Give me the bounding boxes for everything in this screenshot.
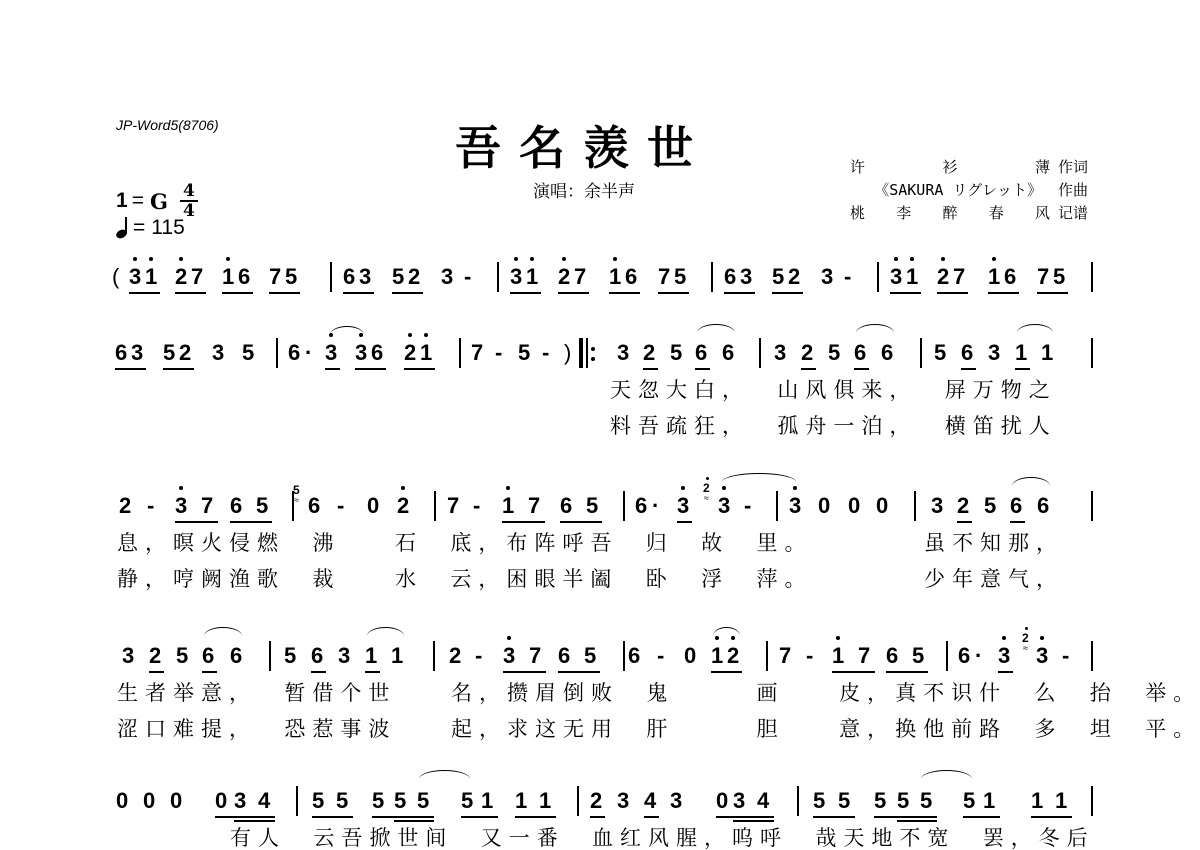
note: 6 [635, 493, 647, 519]
dash-extension: - [657, 643, 664, 669]
time-numerator: 4 [183, 183, 195, 199]
note: 5 [838, 788, 850, 814]
note: 0 [367, 493, 379, 519]
eighth-underline [404, 368, 435, 370]
eighth-underline [890, 292, 921, 294]
note: 0 [143, 788, 155, 814]
lyric-line: 有人 云吾掀世间 又一番 血红风腥，呜呼 哉天地不宽 罢，冬后 [230, 822, 1095, 850]
eighth-underline [1010, 521, 1025, 523]
dash-extension: - [542, 340, 549, 366]
transcriber-name: 桃李醉春风 [850, 202, 1050, 225]
high-octave-dot [530, 257, 534, 261]
eighth-underline [998, 671, 1013, 673]
note: 5 [584, 643, 596, 669]
dash-extension: - [337, 493, 344, 519]
note: 6 [238, 264, 250, 290]
note: 6 [1037, 493, 1049, 519]
slur-arc [921, 770, 972, 779]
note: 6 [1004, 264, 1016, 290]
eighth-underline [957, 521, 972, 523]
barline [459, 338, 461, 368]
barline [1091, 786, 1093, 816]
note: 6 [343, 264, 355, 290]
note: 6 [1010, 493, 1022, 519]
note: 3 [1036, 643, 1048, 669]
note: 5 [518, 340, 530, 366]
note: 5 [312, 788, 324, 814]
note: 1 [832, 643, 844, 669]
high-octave-dot [1002, 636, 1006, 640]
eighth-underline [269, 292, 300, 294]
composer-role: 作曲 [1058, 179, 1088, 202]
eighth-underline [365, 671, 380, 673]
eighth-underline [801, 368, 816, 370]
note: 6 [288, 340, 300, 366]
eighth-underline [355, 368, 386, 370]
score-row: 0000345555551112343034555555111有人 云吾掀世间 … [112, 782, 1090, 822]
grace-note: 5≈ [293, 483, 300, 497]
high-octave-dot [179, 486, 183, 490]
slur-arc [722, 473, 796, 482]
note: 6 [371, 340, 383, 366]
barline [433, 641, 435, 671]
credit-char: 醉 [942, 202, 957, 225]
note: · [305, 340, 312, 366]
eighth-underline [202, 671, 217, 673]
note: 3 [355, 340, 367, 366]
note: 3 [617, 788, 629, 814]
note: 3 [510, 264, 522, 290]
note: 1 [481, 788, 493, 814]
note: 5 [336, 788, 348, 814]
note: 6 [625, 264, 637, 290]
note: 3 [325, 340, 337, 366]
note: 5 [176, 643, 188, 669]
note: 5 [984, 493, 996, 519]
key-signature: 1 = G 4 4 [116, 183, 198, 219]
high-octave-dot [514, 257, 518, 261]
note: 6 [695, 340, 707, 366]
note: 5 [417, 788, 429, 814]
lyricist-name: 许衫薄 [850, 156, 1050, 179]
note: 3 [359, 264, 371, 290]
lyricist-credit: 许衫薄 作词 [850, 156, 1088, 179]
note: 7 [658, 264, 670, 290]
note: 2 [590, 788, 602, 814]
note: 5 [284, 643, 296, 669]
high-octave-dot [731, 636, 735, 640]
barline [269, 641, 271, 671]
dash-extension: - [1062, 643, 1069, 669]
barline [497, 262, 499, 292]
barline [776, 491, 778, 521]
eighth-underline [510, 292, 541, 294]
key-tonic: G [150, 189, 168, 214]
note: 1 [988, 264, 1000, 290]
dash-extension: - [147, 493, 154, 519]
note: 7 [528, 493, 540, 519]
credit-char: 春 [989, 202, 1004, 225]
dash-extension: - [495, 340, 502, 366]
key-equals: = [132, 189, 144, 213]
high-octave-dot [133, 257, 137, 261]
note: 7 [269, 264, 281, 290]
note: 6 [308, 493, 320, 519]
note: 5 [163, 340, 175, 366]
barline [623, 491, 625, 521]
note: 7 [529, 643, 541, 669]
eighth-underline [558, 292, 589, 294]
eighth-underline [372, 816, 434, 818]
eighth-underline [832, 671, 875, 673]
lyric-line: 生者举意， 暂借个世 名，攒眉倒败 鬼 画 皮，真不识什 么 抬 举。 [117, 677, 1200, 707]
note: 3 [718, 493, 730, 519]
note: 5 [897, 788, 909, 814]
note: 5 [963, 788, 975, 814]
note: 2 [449, 643, 461, 669]
dash-extension: - [473, 493, 480, 519]
note: 1 [609, 264, 621, 290]
eighth-underline [813, 816, 855, 818]
eighth-underline [175, 292, 206, 294]
note: 0 [848, 493, 860, 519]
eighth-underline [1037, 292, 1068, 294]
score-row: 32566563112-37656-0127-17656·33-2≈生者举意， … [112, 637, 1090, 677]
slur-arc [1012, 477, 1050, 486]
note: 5 [586, 493, 598, 519]
note: · [975, 643, 982, 669]
eighth-underline [343, 292, 374, 294]
slur-arc [367, 627, 404, 636]
barline [296, 786, 298, 816]
note: 6 [886, 643, 898, 669]
note: 1 [1041, 340, 1053, 366]
note: 6 [881, 340, 893, 366]
note: 2 [119, 493, 131, 519]
eighth-underline [175, 521, 218, 523]
note: 2 [397, 493, 409, 519]
eighth-underline [230, 521, 272, 523]
high-octave-dot [793, 486, 797, 490]
note: 0 [116, 788, 128, 814]
note: 5 [372, 788, 384, 814]
barline [946, 641, 948, 671]
eighth-underline [311, 671, 326, 673]
note: 2 [558, 264, 570, 290]
barline [1091, 641, 1093, 671]
note: 2 [408, 264, 420, 290]
lyric-line: 静，哼阙渔歌 裁 水 云，困眼半阖 卧 浮 萍。 [117, 563, 812, 593]
high-octave-dot [401, 486, 405, 490]
note: 3 [338, 643, 350, 669]
high-octave-dot [507, 636, 511, 640]
note: 4 [757, 788, 769, 814]
slur-arc [697, 324, 735, 333]
lyric-line: 天忽大白， 山风俱来， 屏万物之 [610, 374, 1057, 404]
note: 3 [441, 264, 453, 290]
eighth-underline [658, 292, 689, 294]
note: 6 [560, 493, 572, 519]
eighth-underline [643, 368, 658, 370]
high-octave-dot [1040, 636, 1044, 640]
eighth-underline [886, 671, 928, 673]
composer-credit: 《SAKURA リグレット》 作曲 [850, 179, 1088, 202]
note: 4 [644, 788, 656, 814]
barline [623, 641, 625, 671]
note: 7 [574, 264, 586, 290]
eighth-underline [772, 292, 803, 294]
note: 3 [677, 493, 689, 519]
quarter-note-icon [116, 217, 128, 239]
note: 6 [854, 340, 866, 366]
note: 3 [998, 643, 1010, 669]
eighth-underline [325, 368, 340, 370]
note: 7 [447, 493, 459, 519]
lyric-line: 涩口难提， 恐惹事波 起，求这无用 肝 胆 意，换他前路 多 坦 平。 [117, 713, 1200, 743]
eighth-underline [937, 292, 968, 294]
slur-arc [204, 627, 242, 636]
note: 1 [539, 788, 551, 814]
note: 5 [934, 340, 946, 366]
singer-credit: 演唱：余半声 [533, 177, 635, 202]
lyric-line: 料吾疏狂， 孤舟一泊， 横笛扰人 [610, 410, 1057, 440]
note: 5 [874, 788, 886, 814]
note: 1 [983, 788, 995, 814]
note: 6 [724, 264, 736, 290]
transcriber-role: 记谱 [1058, 202, 1088, 225]
note: 3 [774, 340, 786, 366]
note: 3 [129, 264, 141, 290]
note: 2 [179, 340, 191, 366]
note: 0 [818, 493, 830, 519]
transcriber-credit: 桃李醉春风 记谱 [850, 202, 1088, 225]
note: 1 [222, 264, 234, 290]
barline [330, 262, 332, 292]
note: 6 [202, 643, 214, 669]
eighth-underline [163, 368, 194, 370]
eighth-underline [590, 816, 605, 818]
note: 2 [404, 340, 416, 366]
tempo-marking: = 115 [116, 216, 185, 240]
note: 1 [502, 493, 514, 519]
credit-char: 许 [850, 156, 865, 179]
note: 3 [131, 340, 143, 366]
note: 2 [788, 264, 800, 290]
high-octave-dot [722, 486, 726, 490]
grace-note: 2≈ [1022, 631, 1029, 645]
barline [711, 262, 713, 292]
note: 5 [772, 264, 784, 290]
eighth-underline [1015, 368, 1030, 370]
eighth-underline [222, 292, 253, 294]
dash-extension: - [475, 643, 482, 669]
high-octave-dot [179, 257, 183, 261]
high-octave-dot [992, 257, 996, 261]
slur-arc [856, 324, 894, 333]
credit-char: 衫 [942, 156, 957, 179]
score-row: (3127167563523-3127167563523-31271675 [112, 258, 1090, 298]
composer-name: 《SAKURA リグレット》 [874, 179, 1042, 202]
eighth-underline [115, 368, 146, 370]
high-octave-dot [836, 636, 840, 640]
note: 0 [876, 493, 888, 519]
note: 2 [149, 643, 161, 669]
note: 6 [958, 643, 970, 669]
note: 1 [711, 643, 723, 669]
note: 7 [779, 643, 791, 669]
note: 2 [937, 264, 949, 290]
eighth-underline [312, 816, 353, 818]
note: 6 [722, 340, 734, 366]
eighth-underline [461, 816, 498, 818]
note: 3 [931, 493, 943, 519]
note: 6 [115, 340, 127, 366]
grace-note: 2≈ [703, 481, 710, 495]
note: 3 [789, 493, 801, 519]
eighth-underline [392, 292, 423, 294]
barline [766, 641, 768, 671]
dash-extension: - [744, 493, 751, 519]
note: 0 [170, 788, 182, 814]
note: 2 [643, 340, 655, 366]
note: 6 [311, 643, 323, 669]
barline [276, 338, 278, 368]
note: 0 [716, 788, 728, 814]
eighth-underline [129, 292, 160, 294]
high-octave-dot [910, 257, 914, 261]
note: 6 [628, 643, 640, 669]
eighth-underline [716, 816, 774, 818]
dash-extension: - [844, 264, 851, 290]
eighth-underline [1031, 816, 1072, 818]
note: 3 [122, 643, 134, 669]
note: 5 [1053, 264, 1065, 290]
credit-char: 风 [1035, 202, 1050, 225]
note: 3 [670, 788, 682, 814]
high-octave-dot [681, 486, 685, 490]
note: 5 [912, 643, 924, 669]
barline [920, 338, 922, 368]
high-octave-dot [149, 257, 153, 261]
note: 7 [953, 264, 965, 290]
note: 1 [420, 340, 432, 366]
credit-char: 薄 [1035, 156, 1050, 179]
eighth-underline [724, 292, 755, 294]
high-octave-dot [941, 257, 945, 261]
high-octave-dot [506, 486, 510, 490]
note: 5 [392, 264, 404, 290]
note: · [652, 493, 659, 519]
barline [434, 491, 436, 521]
barline [1091, 262, 1093, 292]
lyricist-role: 作词 [1058, 156, 1088, 179]
note: 5 [256, 493, 268, 519]
note: 1 [1055, 788, 1067, 814]
dash-extension: - [806, 643, 813, 669]
note: 5 [920, 788, 932, 814]
note: 3 [821, 264, 833, 290]
score-row: 2-37656-027-17656·33-3000325665≈2≈息，暝火侵燃… [112, 487, 1090, 527]
high-octave-dot [226, 257, 230, 261]
note: 0 [684, 643, 696, 669]
eighth-underline [677, 521, 692, 523]
note: 5 [674, 264, 686, 290]
note: 0 [215, 788, 227, 814]
note: 3 [503, 643, 515, 669]
note: 6 [230, 643, 242, 669]
note: 5 [461, 788, 473, 814]
tempo-equals: = [133, 216, 145, 240]
note: 3 [175, 493, 187, 519]
note: 5 [285, 264, 297, 290]
slur-arc [713, 627, 740, 636]
note: 7 [201, 493, 213, 519]
note: 2 [801, 340, 813, 366]
high-octave-dot [715, 636, 719, 640]
high-octave-dot [894, 257, 898, 261]
slur-arc [330, 326, 364, 335]
barline [1091, 491, 1093, 521]
credit-char: 李 [896, 202, 911, 225]
barline [877, 262, 879, 292]
note: 7 [191, 264, 203, 290]
eighth-underline [215, 816, 275, 818]
high-octave-dot [613, 257, 617, 261]
eighth-underline [961, 368, 976, 370]
note: 1 [145, 264, 157, 290]
note: 3 [733, 788, 745, 814]
note: 5 [394, 788, 406, 814]
note: 3 [212, 340, 224, 366]
software-watermark: JP-Word5(8706) [116, 117, 219, 133]
high-octave-dot [424, 333, 428, 337]
note: 5 [828, 340, 840, 366]
tempo-bpm: 115 [151, 216, 184, 240]
note: 5 [242, 340, 254, 366]
song-title: 吾名羡世 [455, 112, 711, 178]
eighth-underline [695, 368, 710, 370]
slur-arc [1017, 324, 1053, 333]
note: 1 [515, 788, 527, 814]
note: 2 [727, 643, 739, 669]
credits-block: 许衫薄 作词 《SAKURA リグレット》 作曲 桃李醉春风 记谱 [850, 156, 1088, 225]
note: 6 [558, 643, 570, 669]
note: 5 [670, 340, 682, 366]
note: 7 [1037, 264, 1049, 290]
barline [759, 338, 761, 368]
eighth-underline [560, 521, 602, 523]
note: 4 [258, 788, 270, 814]
note: 2 [957, 493, 969, 519]
barline [914, 491, 916, 521]
note: 3 [988, 340, 1000, 366]
note: 1 [906, 264, 918, 290]
lyric-line: 少年意气， [924, 563, 1064, 593]
note: 6 [961, 340, 973, 366]
eighth-underline [711, 671, 742, 673]
note: 7 [858, 643, 870, 669]
note: 7 [471, 340, 483, 366]
eighth-underline [644, 816, 659, 818]
note: 3 [617, 340, 629, 366]
barline [1091, 338, 1093, 368]
lyric-line: 虽不知那， [924, 527, 1064, 557]
barline [797, 786, 799, 816]
key-do: 1 [116, 189, 128, 213]
eighth-underline [854, 368, 869, 370]
eighth-underline [515, 816, 556, 818]
credit-char: 桃 [850, 202, 865, 225]
